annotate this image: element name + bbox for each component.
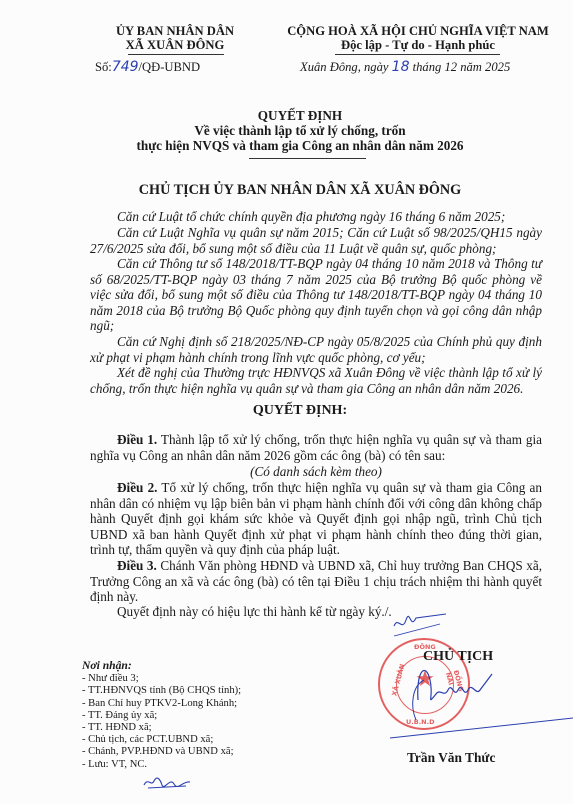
effective-clause-text: Quyết định này có hiệu lực thi hành kể t…: [117, 604, 392, 619]
legal-basis-3: Căn cứ Thông tư số 148/2018/TT-BQP ngày …: [90, 256, 542, 334]
recipients-heading: Nơi nhận:: [82, 660, 241, 672]
motto-underline: [335, 54, 500, 55]
legal-basis-text: Căn cứ Luật Nghĩa vụ quân sự năm 2015; C…: [90, 225, 542, 256]
legal-basis-text: Căn cứ Nghị định số 218/2025/NĐ-CP ngày …: [90, 334, 542, 365]
handwritten-signature-icon: [380, 610, 573, 760]
legal-basis-text: Xét đề nghị của Thường trực HĐNVQS xã Xu…: [90, 365, 542, 396]
article-label: Điều 2.: [117, 480, 157, 495]
article-text: Chánh Văn phòng HĐND và UBND xã, Chỉ huy…: [90, 558, 542, 604]
document-page: ỦY BAN NHÂN DÂN XÃ XUÂN ĐÔNG Số:749/QĐ-U…: [0, 0, 573, 804]
recipient-item: - Chánh, PVP.HĐND và UBND xã;: [82, 746, 241, 758]
recipient-item: - Ban Chỉ huy PTKV2-Long Khánh;: [82, 698, 241, 710]
article-2: Điều 2. Tổ xử lý chống, trốn thực hiện n…: [90, 480, 542, 558]
title-underline: [249, 158, 366, 159]
article-1: Điều 1. Thành lập tổ xử lý chống, trốn t…: [90, 432, 542, 463]
nation-title: CỘNG HOÀ XÃ HỘI CHỦ NGHĨA VIỆT NAM: [268, 24, 568, 39]
legal-basis-5: Xét đề nghị của Thường trực HĐNVQS xã Xu…: [90, 365, 542, 396]
recipient-item: - TT.HĐNVQS tỉnh (Bộ CHQS tỉnh);: [82, 685, 241, 697]
article-1-note: (Có danh sách kèm theo): [90, 464, 542, 480]
org-name-line2: XÃ XUÂN ĐÔNG: [70, 38, 280, 53]
article-3: Điều 3. Chánh Văn phòng HĐND và UBND xã,…: [90, 558, 542, 605]
issue-date: Xuân Đông, ngày 18 tháng 12 năm 2025: [300, 59, 510, 75]
org-underline: [128, 54, 224, 55]
date-suffix: tháng 12 năm 2025: [409, 60, 510, 74]
legal-basis-2: Căn cứ Luật Nghĩa vụ quân sự năm 2015; C…: [90, 225, 542, 256]
document-number: Số:749/QĐ-UBND: [95, 59, 200, 75]
decision-subject-line1: Về việc thành lập tổ xử lý chống, trốn: [80, 123, 520, 139]
decision-subject-line2: thực hiện NVQS và tham gia Công an nhân …: [80, 138, 520, 154]
article-text: Tổ xử lý chống, trốn thực hiện nghĩa vụ …: [90, 480, 542, 557]
legal-basis-text: Căn cứ Thông tư số 148/2018/TT-BQP ngày …: [90, 256, 542, 333]
decision-heading: QUYẾT ĐỊNH:: [80, 403, 520, 419]
recipients-list: Nơi nhận: - Như điều 3; - TT.HĐNVQS tỉnh…: [82, 660, 241, 771]
legal-basis-1: Căn cứ Luật tổ chức chính quyền địa phươ…: [90, 209, 542, 225]
recipient-item: - TT. HĐND xã;: [82, 722, 241, 734]
recipient-item: - Chủ tịch, các PCT.UBND xã;: [82, 734, 241, 746]
issuing-authority: CHỦ TỊCH ỦY BAN NHÂN DÂN XÃ XUÂN ĐÔNG: [80, 182, 520, 199]
date-prefix: Xuân Đông, ngày: [300, 60, 392, 74]
legal-basis-text: Căn cứ Luật tổ chức chính quyền địa phươ…: [117, 209, 505, 224]
number-suffix: /QĐ-UBND: [139, 60, 201, 74]
article-label: Điều 3.: [117, 558, 157, 573]
number-prefix: Số:: [95, 60, 112, 74]
date-day-handwritten: 18: [392, 59, 410, 75]
recipient-item: - TT. Đảng ủy xã;: [82, 710, 241, 722]
number-handwritten: 749: [112, 59, 139, 75]
recipient-item: - Lưu: VT, NC.: [82, 759, 241, 771]
decision-title: QUYẾT ĐỊNH: [80, 108, 520, 124]
org-name-line1: ỦY BAN NHÂN DÂN: [70, 24, 280, 39]
initials-signature-icon: [142, 775, 192, 791]
article-text: Thành lập tổ xử lý chống, trốn thực hiện…: [90, 432, 542, 463]
recipient-item: - Như điều 3;: [82, 673, 241, 685]
article-label: Điều 1.: [117, 432, 157, 447]
signer-name: Trần Văn Thức: [407, 750, 495, 766]
national-motto: Độc lập - Tự do - Hạnh phúc: [268, 38, 568, 53]
legal-basis-4: Căn cứ Nghị định số 218/2025/NĐ-CP ngày …: [90, 334, 542, 365]
